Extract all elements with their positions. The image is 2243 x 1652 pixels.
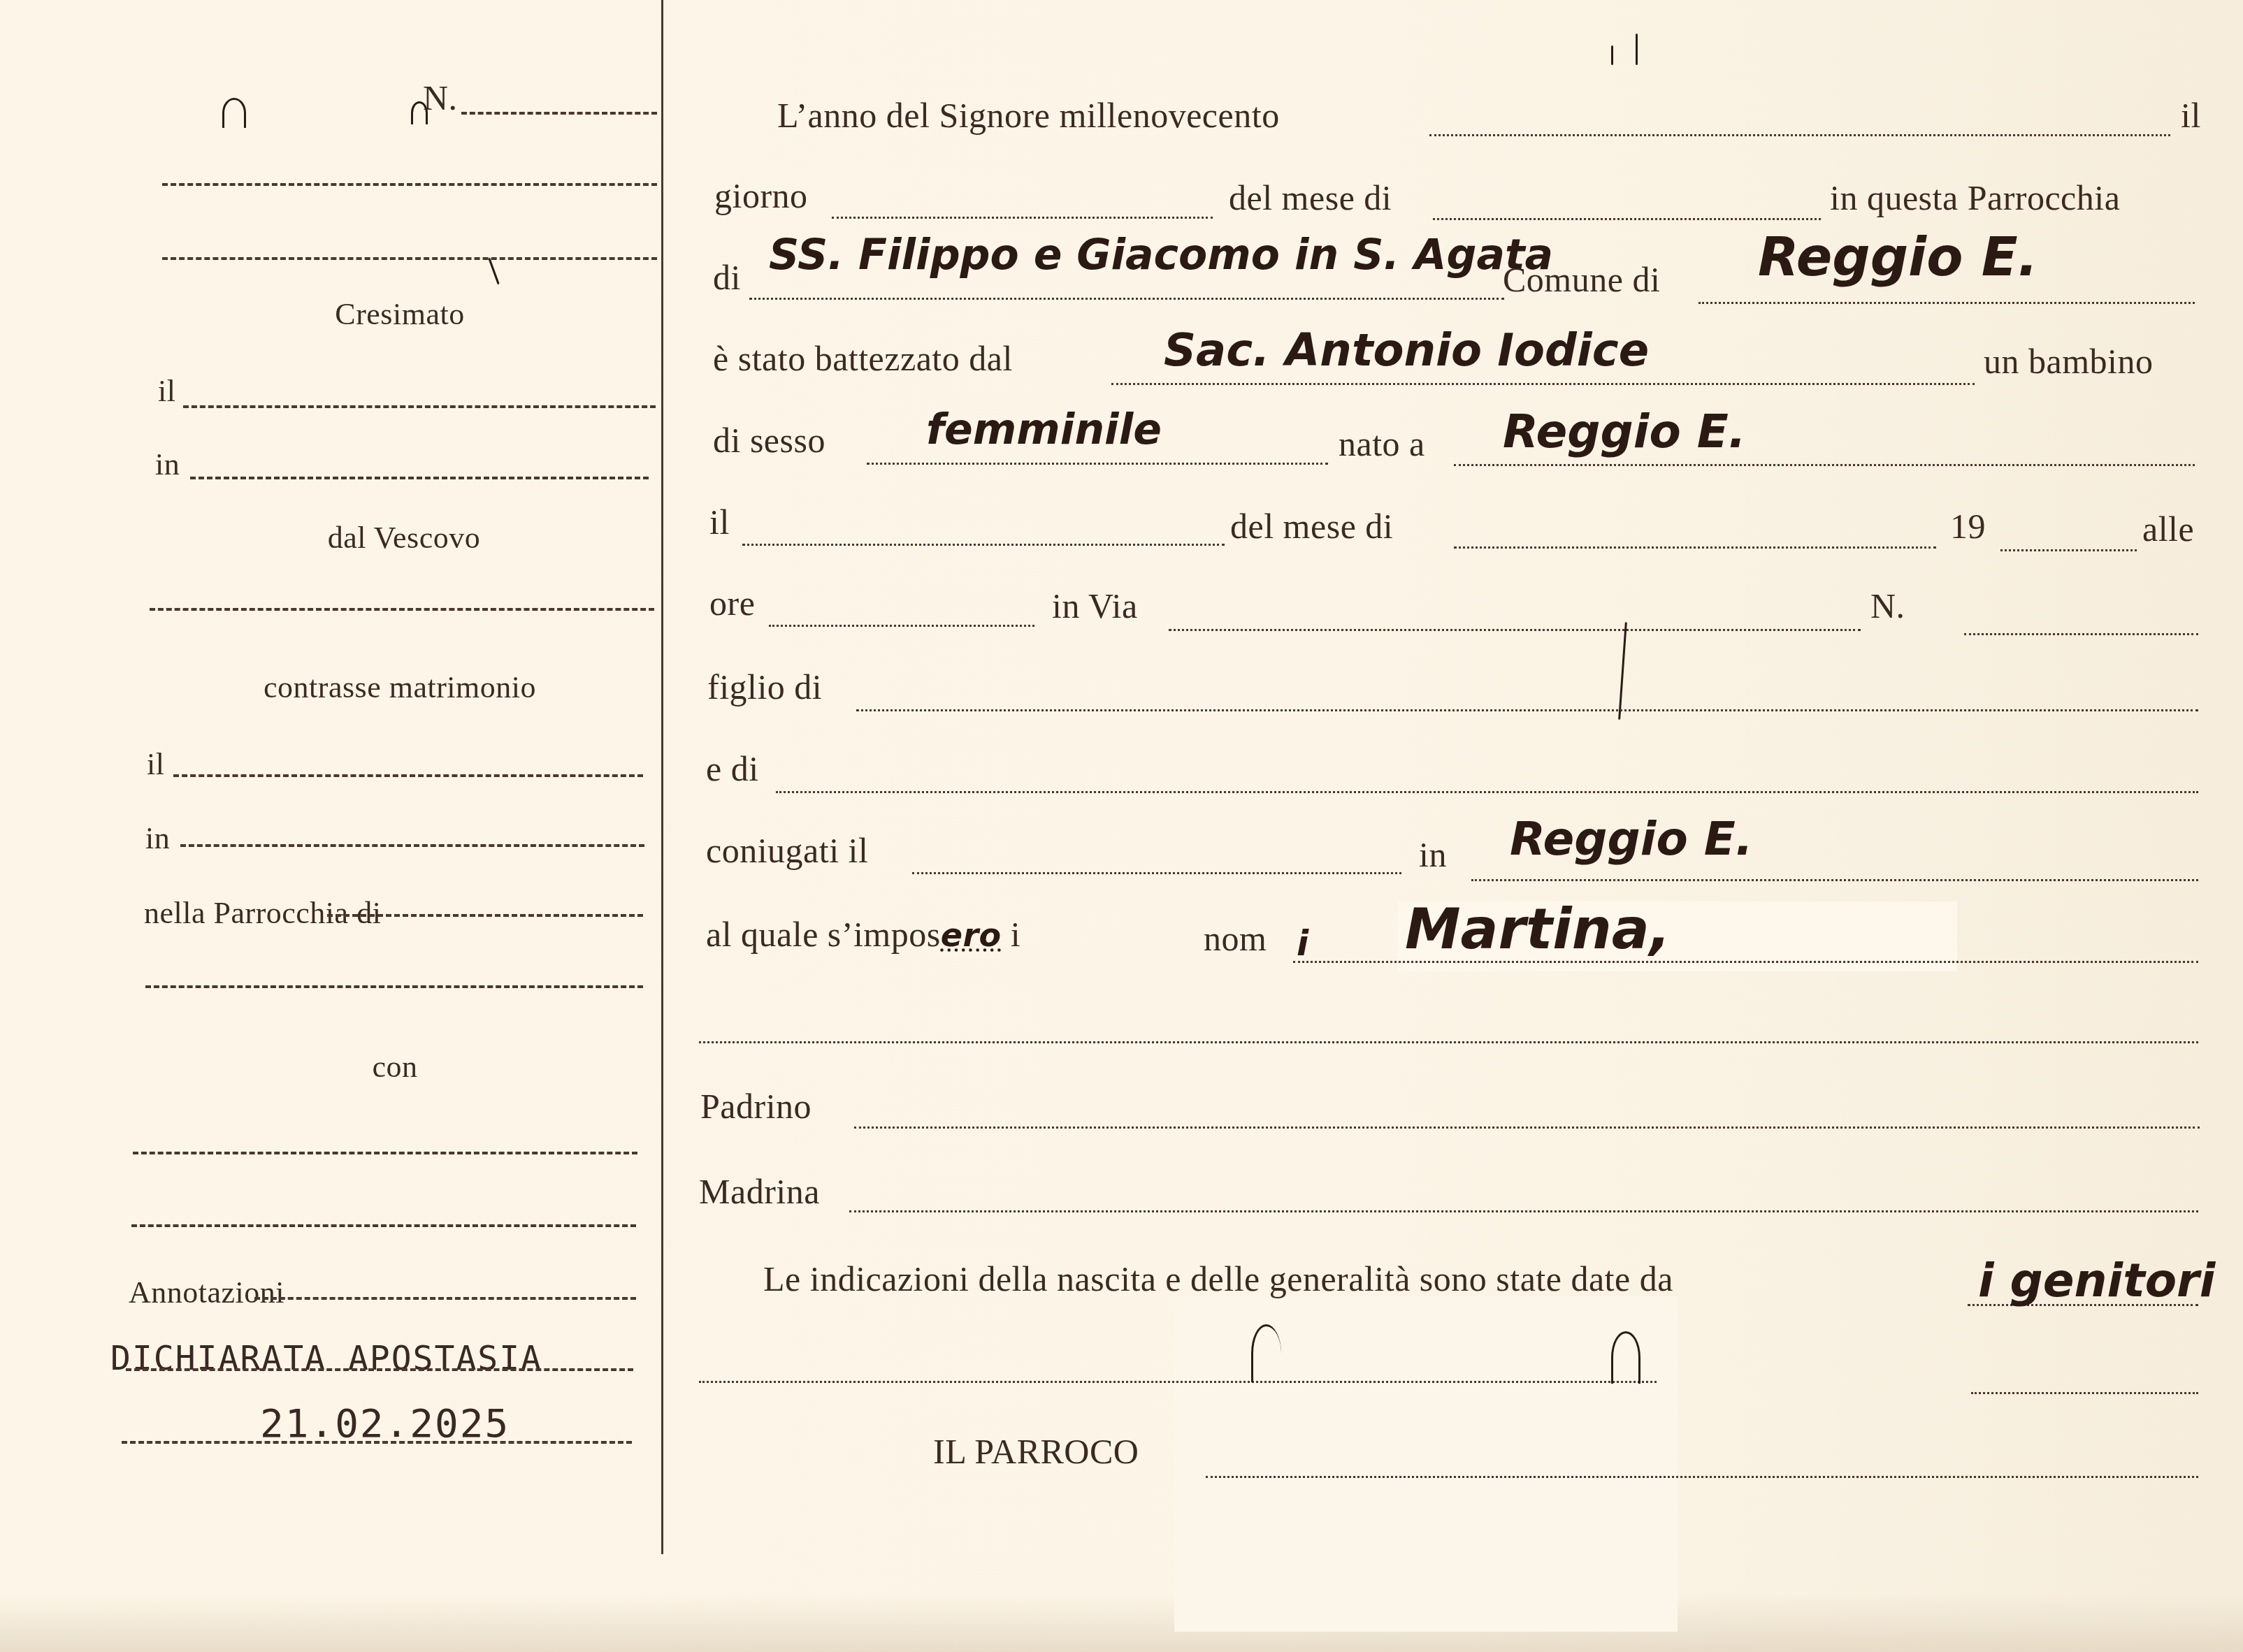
birth-month-label: del mese di xyxy=(1230,509,1393,544)
column-divider xyxy=(661,0,663,1554)
stub-number-label: N. xyxy=(423,80,458,115)
parrocchia-label: in questa Parrocchia xyxy=(1830,180,2120,215)
nomi-field[interactable] xyxy=(1293,961,2198,963)
parroco-signature-field[interactable] xyxy=(1206,1476,2198,1478)
cresima-place-field[interactable] xyxy=(190,477,649,479)
nomi-label: nom xyxy=(1204,921,1267,956)
birth-month-field[interactable] xyxy=(1454,546,1936,549)
coniugati-label: coniugati il xyxy=(706,833,868,868)
matrimonio-heading: contrasse matrimonio xyxy=(264,672,536,703)
giorno-field[interactable] xyxy=(832,217,1213,219)
priest-field[interactable] xyxy=(1111,383,1975,385)
coniugati-in-label: in xyxy=(1419,837,1447,872)
via-field[interactable] xyxy=(1169,629,1861,631)
child-name: Martina, xyxy=(1405,901,1671,957)
spouse-field[interactable] xyxy=(133,1152,637,1154)
paper-shadow xyxy=(0,1593,2243,1652)
stub-parrocchia-field[interactable] xyxy=(327,914,643,917)
matrimonio-date-label: il xyxy=(147,749,164,780)
ore-field[interactable] xyxy=(769,625,1034,627)
annotation-line-2[interactable] xyxy=(122,1441,632,1444)
redaction-patch xyxy=(1174,1296,1678,1632)
handwriting-mark xyxy=(222,98,246,128)
annotation-date: 21.02.2025 xyxy=(260,1405,510,1444)
comune-field[interactable] xyxy=(1699,302,2195,304)
impose-prefix: al quale s’impos xyxy=(706,915,941,954)
vescovo-heading: dal Vescovo xyxy=(328,523,481,553)
cresima-date-field[interactable] xyxy=(183,405,656,408)
priest-value: Sac. Antonio Iodice xyxy=(1164,328,1649,373)
sesso-label: di sesso xyxy=(713,423,825,458)
handwriting-mark xyxy=(1611,1331,1640,1384)
handwriting-mark xyxy=(1611,45,1613,65)
vescovo-field[interactable] xyxy=(150,608,654,611)
mese-field[interactable] xyxy=(1433,218,1821,220)
via-label: in Via xyxy=(1052,588,1138,623)
impose-label: al quale s’imposero i xyxy=(706,917,1020,952)
nomi-field-2[interactable] xyxy=(699,1041,2198,1043)
cresima-date-label: il xyxy=(158,376,175,407)
giorno-label: giorno xyxy=(714,178,808,213)
coniugati-place-value: Reggio E. xyxy=(1510,816,1753,862)
nato-label: nato a xyxy=(1339,426,1425,461)
numero-field[interactable] xyxy=(1964,633,2198,635)
stub-parrocchia-field-2[interactable] xyxy=(145,985,643,988)
birth-day-label: il xyxy=(709,505,730,539)
bambino-label: un bambino xyxy=(1984,344,2153,379)
matrimonio-place-field[interactable] xyxy=(180,844,644,847)
parish-field[interactable] xyxy=(749,298,1504,300)
indicazioni-label: Le indicazioni della nascita e delle gen… xyxy=(763,1261,1673,1296)
annotazioni-field[interactable] xyxy=(254,1297,636,1300)
madre-label: e di xyxy=(706,751,759,786)
parish-value: SS. Filippo e Giacomo in S. Agata xyxy=(769,234,1553,276)
comune-value: Reggio E. xyxy=(1758,231,2038,284)
con-heading: con xyxy=(372,1052,417,1082)
figlio-label: figlio di xyxy=(707,669,822,704)
numero-label: N. xyxy=(1870,588,1905,623)
sesso-field[interactable] xyxy=(867,463,1328,465)
nomi-suffix: i xyxy=(1297,926,1308,961)
stub-extra-field[interactable] xyxy=(162,257,657,260)
sesso-value: femminile xyxy=(926,409,1162,451)
handwriting-mark xyxy=(1251,1324,1281,1382)
matrimonio-place-label: in xyxy=(145,823,170,854)
madrina-field[interactable] xyxy=(849,1210,2198,1212)
alle-label: alle xyxy=(2142,512,2194,546)
parish-di-label: di xyxy=(713,260,741,295)
annotation-line-1[interactable] xyxy=(126,1368,633,1371)
stub-parrocchia-label: nella Parrocchia di xyxy=(144,898,381,929)
coniugati-place-field[interactable] xyxy=(1471,879,2198,881)
parroco-label: IL PARROCO xyxy=(933,1434,1139,1469)
padrino-field[interactable] xyxy=(854,1126,2200,1129)
year-field[interactable] xyxy=(1429,134,2170,136)
comune-label: Comune di xyxy=(1503,262,1660,297)
padrino-label: Padrino xyxy=(700,1089,812,1124)
battezzato-label: è stato battezzato dal xyxy=(713,341,1013,376)
birth-year-field[interactable] xyxy=(2000,549,2137,551)
mese-label: del mese di xyxy=(1229,180,1392,215)
ore-label: ore xyxy=(709,586,755,621)
year-suffix-label: il xyxy=(2181,98,2201,133)
impose-handwritten: ero xyxy=(941,916,1002,954)
madrina-label: Madrina xyxy=(699,1174,820,1209)
stub-name-field[interactable] xyxy=(162,183,657,186)
cresima-place-label: in xyxy=(155,449,180,480)
spouse-field-2[interactable] xyxy=(131,1224,636,1227)
indicazioni-value: i genitori xyxy=(1978,1258,2215,1304)
birth-year-label: 19 xyxy=(1950,509,1986,544)
madre-field[interactable] xyxy=(776,791,2198,793)
annotazioni-label: Annotazioni xyxy=(129,1277,284,1308)
indicazioni-field-2[interactable] xyxy=(699,1381,1657,1383)
year-label: L’anno del Signore millenovecento xyxy=(777,98,1280,133)
impose-suffix: i xyxy=(1011,915,1020,954)
matrimonio-date-field[interactable] xyxy=(173,774,643,777)
indicazioni-field-3[interactable] xyxy=(1971,1392,2198,1394)
handwriting-mark xyxy=(1636,34,1638,65)
birth-day-field[interactable] xyxy=(742,544,1225,546)
coniugati-date-field[interactable] xyxy=(912,872,1401,874)
stub-number-field[interactable] xyxy=(461,112,657,115)
nato-field[interactable] xyxy=(1454,464,2195,466)
nato-value: Reggio E. xyxy=(1503,409,1746,455)
cresimato-heading: Cresimato xyxy=(335,299,464,330)
figlio-field[interactable] xyxy=(856,709,2198,711)
